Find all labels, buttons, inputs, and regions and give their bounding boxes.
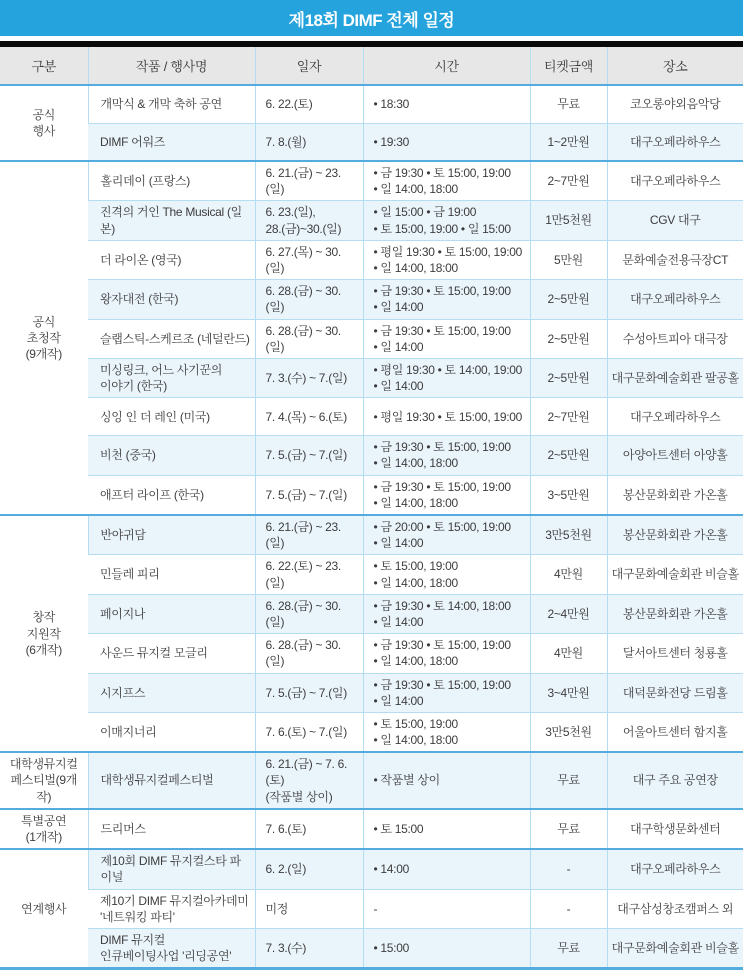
event-name-cell: 이매지너리 [88,712,255,752]
ticket-price-cell: - [530,849,607,889]
ticket-price-cell: 무료 [530,752,607,809]
venue-cell: 대구 주요 공연장 [607,752,743,809]
date-cell: 7. 6.(토) ~ 7.(일) [255,712,363,752]
event-name-cell: 대학생뮤지컬페스티벌 [88,752,255,809]
time-cell: • 금 19:30 • 토 15:00, 19:00 • 일 14:00 [363,319,530,358]
event-name-cell: 애프터 라이프 (한국) [88,475,255,515]
date-cell: 6. 22.(토) [255,85,363,123]
header-time: 시간 [363,47,530,85]
time-cell: • 평일 19:30 • 토 15:00, 19:00 • 일 14:00, 1… [363,240,530,279]
ticket-price-cell: 2~7만원 [530,161,607,201]
page-title: 제18회 DIMF 전체 일정 [289,6,455,31]
event-name-cell: DIMF 뮤지컬 인큐베이팅사업 '리딩공연' [88,928,255,968]
category-cell: 특별공연 (1개작) [0,809,88,849]
venue-cell: 대구오페라하우스 [607,280,743,319]
header-row: 구분 작품 / 행사명 일자 시간 티켓금액 장소 [0,47,743,85]
title-bar: 제18회 DIMF 전체 일정 [0,0,743,36]
event-name-cell: 드리머스 [88,809,255,849]
ticket-price-cell: 무료 [530,809,607,849]
time-cell: • 금 20:00 • 토 15:00, 19:00 • 일 14:00 [363,515,530,555]
ticket-price-cell: 2~5만원 [530,280,607,319]
header-ticket-price: 티켓금액 [530,47,607,85]
date-cell: 6. 2.(일) [255,849,363,889]
date-cell: 6. 23.(일), 28.(금)~30.(일) [255,201,363,240]
time-cell: • 금 19:30 • 토 15:00, 19:00 • 일 14:00 [363,280,530,319]
event-name-cell: 제10기 DIMF 뮤지컬아카데미 '네트워킹 파티' [88,889,255,928]
ticket-price-cell: 무료 [530,85,607,123]
time-cell: - [363,889,530,928]
date-cell: 6. 21.(금) ~ 23.(일) [255,161,363,201]
table-row: 애프터 라이프 (한국)7. 5.(금) ~ 7.(일)• 금 19:30 • … [0,475,743,515]
venue-cell: 대구학생문화센터 [607,809,743,849]
table-row: 시지프스7. 5.(금) ~ 7.(일)• 금 19:30 • 토 15:00,… [0,673,743,712]
table-row: 공식 행사개막식 & 개막 축하 공연6. 22.(토)• 18:30무료코오롱… [0,85,743,123]
table-row: 제10기 DIMF 뮤지컬아카데미 '네트워킹 파티'미정--대구삼성창조캠퍼스… [0,889,743,928]
table-row: 싱잉 인 더 레인 (미국)7. 4.(목) ~ 6.(토)• 평일 19:30… [0,398,743,436]
venue-cell: 아양아트센터 아양홀 [607,436,743,475]
event-name-cell: 민들레 피리 [88,555,255,594]
header-event-name: 작품 / 행사명 [88,47,255,85]
event-name-cell: 슬랩스틱-스케르조 (네덜란드) [88,319,255,358]
date-cell: 6. 28.(금) ~ 30.(일) [255,319,363,358]
time-cell: • 금 19:30 • 토 15:00, 19:00 • 일 14:00, 18… [363,634,530,673]
venue-cell: 대구오페라하우스 [607,398,743,436]
venue-cell: 대구오페라하우스 [607,849,743,889]
table-row: 왕자대전 (한국)6. 28.(금) ~ 30.(일)• 금 19:30 • 토… [0,280,743,319]
ticket-price-cell: 1만5천원 [530,201,607,240]
category-cell: 공식 초청작 (9개작) [0,161,88,515]
time-cell: • 금 19:30 • 토 15:00, 19:00 • 일 14:00, 18… [363,436,530,475]
date-cell: 6. 27.(목) ~ 30.(일) [255,240,363,279]
date-cell: 7. 5.(금) ~ 7.(일) [255,475,363,515]
ticket-price-cell: - [530,889,607,928]
event-name-cell: 제10회 DIMF 뮤지컬스타 파이널 [88,849,255,889]
category-cell: 공식 행사 [0,85,88,161]
table-row: 대학생뮤지컬 페스티벌(9개작)대학생뮤지컬페스티벌6. 21.(금) ~ 7.… [0,752,743,809]
table-row: 페이지나6. 28.(금) ~ 30.(일)• 금 19:30 • 토 14:0… [0,594,743,633]
event-name-cell: 개막식 & 개막 축하 공연 [88,85,255,123]
ticket-price-cell: 2~5만원 [530,319,607,358]
ticket-price-cell: 무료 [530,928,607,968]
time-cell: • 일 15:00 • 금 19:00 • 토 15:00, 19:00 • 일… [363,201,530,240]
table-row: 특별공연 (1개작)드리머스7. 6.(토)• 토 15:00무료대구학생문화센… [0,809,743,849]
category-cell: 대학생뮤지컬 페스티벌(9개작) [0,752,88,809]
header-venue: 장소 [607,47,743,85]
event-name-cell: 사운드 뮤지컬 모글리 [88,634,255,673]
schedule-body: 공식 행사개막식 & 개막 축하 공연6. 22.(토)• 18:30무료코오롱… [0,85,743,969]
date-cell: 미정 [255,889,363,928]
ticket-price-cell: 4만원 [530,634,607,673]
venue-cell: 봉산문화회관 가온홀 [607,594,743,633]
ticket-price-cell: 2~7만원 [530,398,607,436]
time-cell: • 19:30 [363,123,530,161]
table-header: 구분 작품 / 행사명 일자 시간 티켓금액 장소 [0,47,743,85]
time-cell: • 14:00 [363,849,530,889]
ticket-price-cell: 5만원 [530,240,607,279]
venue-cell: 봉산문화회관 가온홀 [607,475,743,515]
date-cell: 7. 5.(금) ~ 7.(일) [255,673,363,712]
table-row: DIMF 어워즈7. 8.(월)• 19:301~2만원대구오페라하우스 [0,123,743,161]
venue-cell: 대구문화예술회관 비슬홀 [607,555,743,594]
event-name-cell: 미싱링크, 어느 사기꾼의 이야기 (한국) [88,358,255,397]
event-name-cell: 페이지나 [88,594,255,633]
date-cell: 7. 4.(목) ~ 6.(토) [255,398,363,436]
event-name-cell: 더 라이온 (영국) [88,240,255,279]
ticket-price-cell: 2~5만원 [530,436,607,475]
venue-cell: 대덕문화전당 드림홀 [607,673,743,712]
event-name-cell: 비천 (중국) [88,436,255,475]
date-cell: 6. 22.(토) ~ 23.(일) [255,555,363,594]
category-cell: 창작 지원작 (6개작) [0,515,88,752]
table-row: 민들레 피리6. 22.(토) ~ 23.(일)• 토 15:00, 19:00… [0,555,743,594]
time-cell: • 토 15:00, 19:00 • 일 14:00, 18:00 [363,555,530,594]
date-cell: 7. 5.(금) ~ 7.(일) [255,436,363,475]
date-cell: 7. 3.(수) [255,928,363,968]
event-name-cell: 반야귀담 [88,515,255,555]
time-cell: • 토 15:00, 19:00 • 일 14:00, 18:00 [363,712,530,752]
ticket-price-cell: 1~2만원 [530,123,607,161]
ticket-price-cell: 3~4만원 [530,673,607,712]
event-name-cell: 왕자대전 (한국) [88,280,255,319]
table-row: DIMF 뮤지컬 인큐베이팅사업 '리딩공연'7. 3.(수)• 15:00무료… [0,928,743,968]
table-row: 창작 지원작 (6개작)반야귀담6. 21.(금) ~ 23.(일)• 금 20… [0,515,743,555]
ticket-price-cell: 2~4만원 [530,594,607,633]
date-cell: 6. 28.(금) ~ 30.(일) [255,594,363,633]
time-cell: • 금 19:30 • 토 14:00, 18:00 • 일 14:00 [363,594,530,633]
time-cell: • 18:30 [363,85,530,123]
venue-cell: 문화예술전용극장CT [607,240,743,279]
table-row: 미싱링크, 어느 사기꾼의 이야기 (한국)7. 3.(수) ~ 7.(일)• … [0,358,743,397]
date-cell: 6. 21.(금) ~ 23.(일) [255,515,363,555]
ticket-price-cell: 2~5만원 [530,358,607,397]
ticket-price-cell: 3만5천원 [530,515,607,555]
category-cell: 연계행사 [0,849,88,969]
event-name-cell: 싱잉 인 더 레인 (미국) [88,398,255,436]
date-cell: 7. 8.(월) [255,123,363,161]
table-row: 공식 초청작 (9개작)홀리데이 (프랑스)6. 21.(금) ~ 23.(일)… [0,161,743,201]
header-date: 일자 [255,47,363,85]
time-cell: • 평일 19:30 • 토 15:00, 19:00 [363,398,530,436]
time-cell: • 평일 19:30 • 토 14:00, 19:00 • 일 14:00 [363,358,530,397]
venue-cell: 대구문화예술회관 비슬홀 [607,928,743,968]
date-cell: 6. 28.(금) ~ 30.(일) [255,634,363,673]
date-cell: 6. 28.(금) ~ 30.(일) [255,280,363,319]
table-row: 연계행사제10회 DIMF 뮤지컬스타 파이널6. 2.(일)• 14:00-대… [0,849,743,889]
event-name-cell: 진격의 거인 The Musical (일본) [88,201,255,240]
date-cell: 7. 3.(수) ~ 7.(일) [255,358,363,397]
table-row: 슬랩스틱-스케르조 (네덜란드)6. 28.(금) ~ 30.(일)• 금 19… [0,319,743,358]
time-cell: • 금 19:30 • 토 15:00, 19:00 • 일 14:00, 18… [363,161,530,201]
venue-cell: 대구오페라하우스 [607,123,743,161]
ticket-price-cell: 3~5만원 [530,475,607,515]
event-name-cell: 홀리데이 (프랑스) [88,161,255,201]
venue-cell: 대구문화예술회관 팔공홀 [607,358,743,397]
event-name-cell: 시지프스 [88,673,255,712]
time-cell: • 금 19:30 • 토 15:00, 19:00 • 일 14:00 [363,673,530,712]
header-category: 구분 [0,47,88,85]
ticket-price-cell: 4만원 [530,555,607,594]
date-cell: 6. 21.(금) ~ 7. 6.(토) (작품별 상이) [255,752,363,809]
time-cell: • 15:00 [363,928,530,968]
table-row: 사운드 뮤지컬 모글리6. 28.(금) ~ 30.(일)• 금 19:30 •… [0,634,743,673]
venue-cell: 대구오페라하우스 [607,161,743,201]
venue-cell: 어울아트센터 함지홀 [607,712,743,752]
ticket-price-cell: 3만5천원 [530,712,607,752]
venue-cell: 달서아트센터 청룡홀 [607,634,743,673]
venue-cell: CGV 대구 [607,201,743,240]
venue-cell: 대구삼성창조캠퍼스 외 [607,889,743,928]
event-name-cell: DIMF 어워즈 [88,123,255,161]
date-cell: 7. 6.(토) [255,809,363,849]
time-cell: • 작품별 상이 [363,752,530,809]
time-cell: • 토 15:00 [363,809,530,849]
table-row: 진격의 거인 The Musical (일본)6. 23.(일), 28.(금)… [0,201,743,240]
venue-cell: 코오롱야외음악당 [607,85,743,123]
time-cell: • 금 19:30 • 토 15:00, 19:00 • 일 14:00, 18… [363,475,530,515]
schedule-table: 구분 작품 / 행사명 일자 시간 티켓금액 장소 공식 행사개막식 & 개막 … [0,47,743,970]
venue-cell: 봉산문화회관 가온홀 [607,515,743,555]
table-row: 이매지너리7. 6.(토) ~ 7.(일)• 토 15:00, 19:00 • … [0,712,743,752]
table-row: 비천 (중국)7. 5.(금) ~ 7.(일)• 금 19:30 • 토 15:… [0,436,743,475]
table-row: 더 라이온 (영국)6. 27.(목) ~ 30.(일)• 평일 19:30 •… [0,240,743,279]
venue-cell: 수성아트피아 대극장 [607,319,743,358]
